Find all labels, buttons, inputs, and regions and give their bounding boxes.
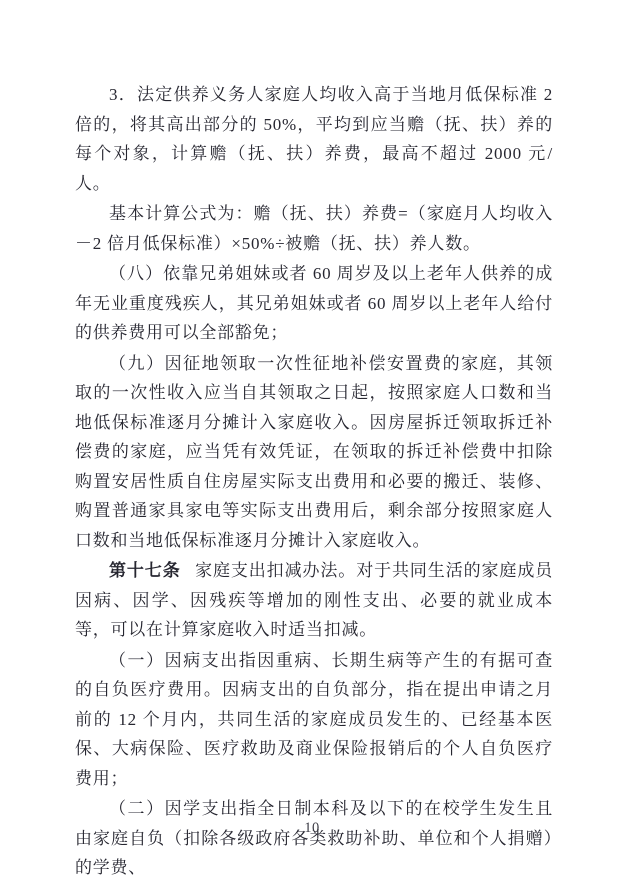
paragraph-item-3: 3．法定供养义务人家庭人均收入高于当地月低保标准 2 倍的，将其高出部分的 50…: [75, 80, 553, 198]
paragraph-formula: 基本计算公式为：赡（抚、扶）养费=（家庭月人均收入－2 倍月低保标准）×50%÷…: [75, 199, 553, 258]
document-page: 3．法定供养义务人家庭人均收入高于当地月低保标准 2 倍的，将其高出部分的 50…: [0, 0, 624, 882]
paragraph-clause-8: （八）依靠兄弟姐妹或者 60 周岁及以上老年人供养的成年无业重度残疾人，其兄弟姐…: [75, 259, 553, 348]
paragraph-clause-1: （一）因病支出指因重病、长期生病等产生的有据可查的自负医疗费用。因病支出的自负部…: [75, 646, 553, 794]
paragraph-clause-9: （九）因征地领取一次性征地补偿安置费的家庭，其领取的一次性收入应当自其领取之日起…: [75, 349, 553, 556]
document-body: 3．法定供养义务人家庭人均收入高于当地月低保标准 2 倍的，将其高出部分的 50…: [75, 80, 553, 882]
article-17-heading: 第十七条: [109, 561, 181, 580]
page-number: 10: [0, 820, 624, 837]
paragraph-clause-2: （二）因学支出指全日制本科及以下的在校学生发生且由家庭自负（扣除各级政府各类救助…: [75, 794, 553, 882]
paragraph-article-17: 第十七条家庭支出扣减办法。对于共同生活的家庭成员因病、因学、因残疾等增加的刚性支…: [75, 556, 553, 645]
